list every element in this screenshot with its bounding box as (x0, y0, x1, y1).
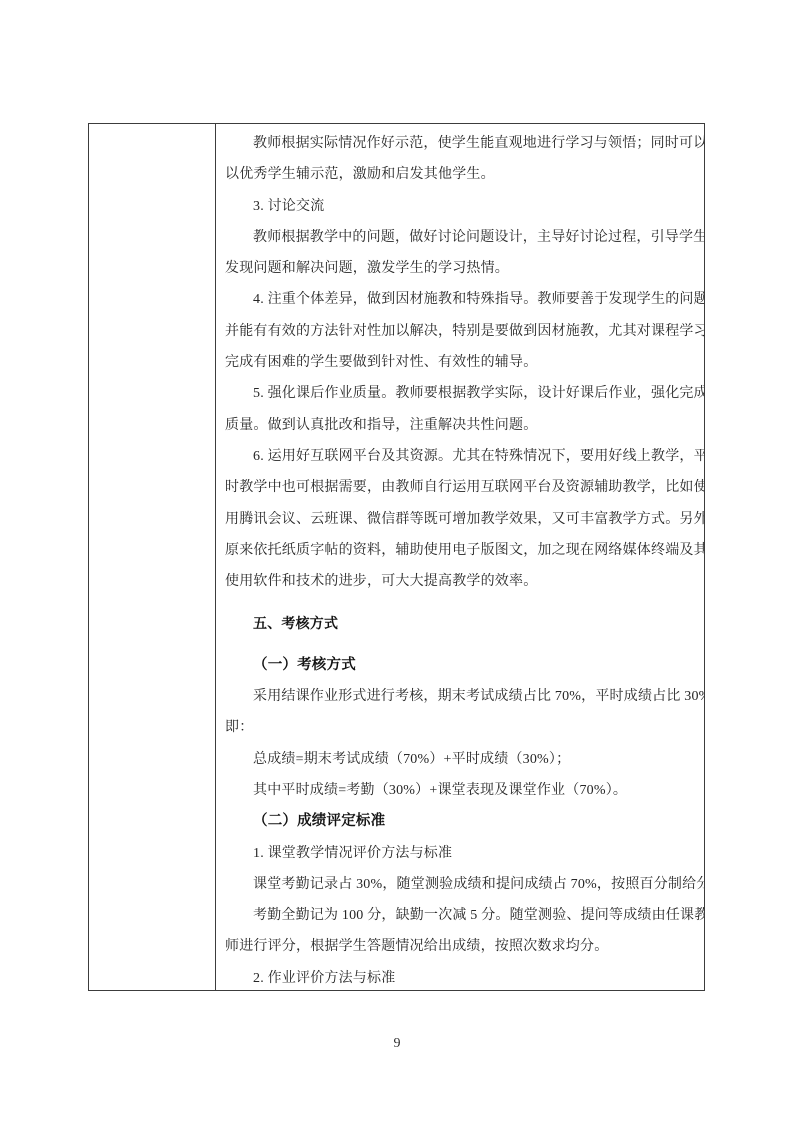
document-line: 并能有有效的方法针对性加以解决，特别是要做到因材施教，尤其对课程学习 (225, 316, 700, 347)
document-line: 5. 强化课后作业质量。教师要根据教学实际，设计好课后作业，强化完成 (225, 378, 700, 409)
document-line: 即： (225, 712, 700, 743)
document-line: 课堂考勤记录占 30%，随堂测验成绩和提问成绩占 70%，按照百分制给分； (225, 869, 700, 900)
document-line: 原来依托纸质字帖的资料，辅助使用电子版图文，加之现在网络媒体终端及其 (225, 535, 700, 566)
section-heading: 五、考核方式 (225, 609, 700, 640)
document-line: 质量。做到认真批改和指导，注重解决共性问题。 (225, 410, 700, 441)
document-line: 以优秀学生辅示范，激励和启发其他学生。 (225, 159, 700, 190)
formula-line: 总成绩=期末考试成绩（70%）+平时成绩（30%）； (225, 744, 700, 775)
document-line: 使用软件和技术的进步，可大大提高教学的效率。 (225, 566, 700, 597)
document-table: 教师根据实际情况作好示范，使学生能直观地进行学习与领悟；同时可以 以优秀学生辅示… (88, 123, 705, 991)
table-content-cell: 教师根据实际情况作好示范，使学生能直观地进行学习与领悟；同时可以 以优秀学生辅示… (216, 124, 704, 990)
document-line: 4. 注重个体差异，做到因材施教和特殊指导。教师要善于发现学生的问题 (225, 284, 700, 315)
document-line: 时教学中也可根据需要，由教师自行运用互联网平台及资源辅助教学，比如使 (225, 472, 700, 503)
document-line: 3. 讨论交流 (225, 191, 700, 222)
page: 教师根据实际情况作好示范，使学生能直观地进行学习与领悟；同时可以 以优秀学生辅示… (0, 0, 794, 1123)
document-line: 用腾讯会议、云班课、微信群等既可增加教学效果，又可丰富教学方式。另外 (225, 504, 700, 535)
document-line: 完成有困难的学生要做到针对性、有效性的辅导。 (225, 347, 700, 378)
document-line: 采用结课作业形式进行考核，期末考试成绩占比 70%，平时成绩占比 30%， (225, 681, 700, 712)
document-line: 教师根据教学中的问题，做好讨论问题设计，主导好讨论过程，引导学生 (225, 222, 700, 253)
subsection-heading: （二）成绩评定标准 (225, 806, 700, 837)
table-left-column (89, 124, 216, 990)
document-line: 教师根据实际情况作好示范，使学生能直观地进行学习与领悟；同时可以 (225, 128, 700, 159)
document-line: 6. 运用好互联网平台及其资源。尤其在特殊情况下，要用好线上教学，平 (225, 441, 700, 472)
page-number: 9 (0, 1036, 794, 1052)
formula-line: 其中平时成绩=考勤（30%）+课堂表现及课堂作业（70%）。 (225, 775, 700, 806)
document-line: 发现问题和解决问题，激发学生的学习热情。 (225, 253, 700, 284)
document-line: 考勤全勤记为 100 分，缺勤一次减 5 分。随堂测验、提问等成绩由任课教 (225, 900, 700, 931)
document-line: 师进行评分，根据学生答题情况给出成绩，按照次数求均分。 (225, 931, 700, 962)
document-line: 1. 课堂教学情况评价方法与标准 (225, 838, 700, 869)
subsection-heading: （一）考核方式 (225, 650, 700, 681)
document-line: 2. 作业评价方法与标准 (225, 963, 700, 990)
